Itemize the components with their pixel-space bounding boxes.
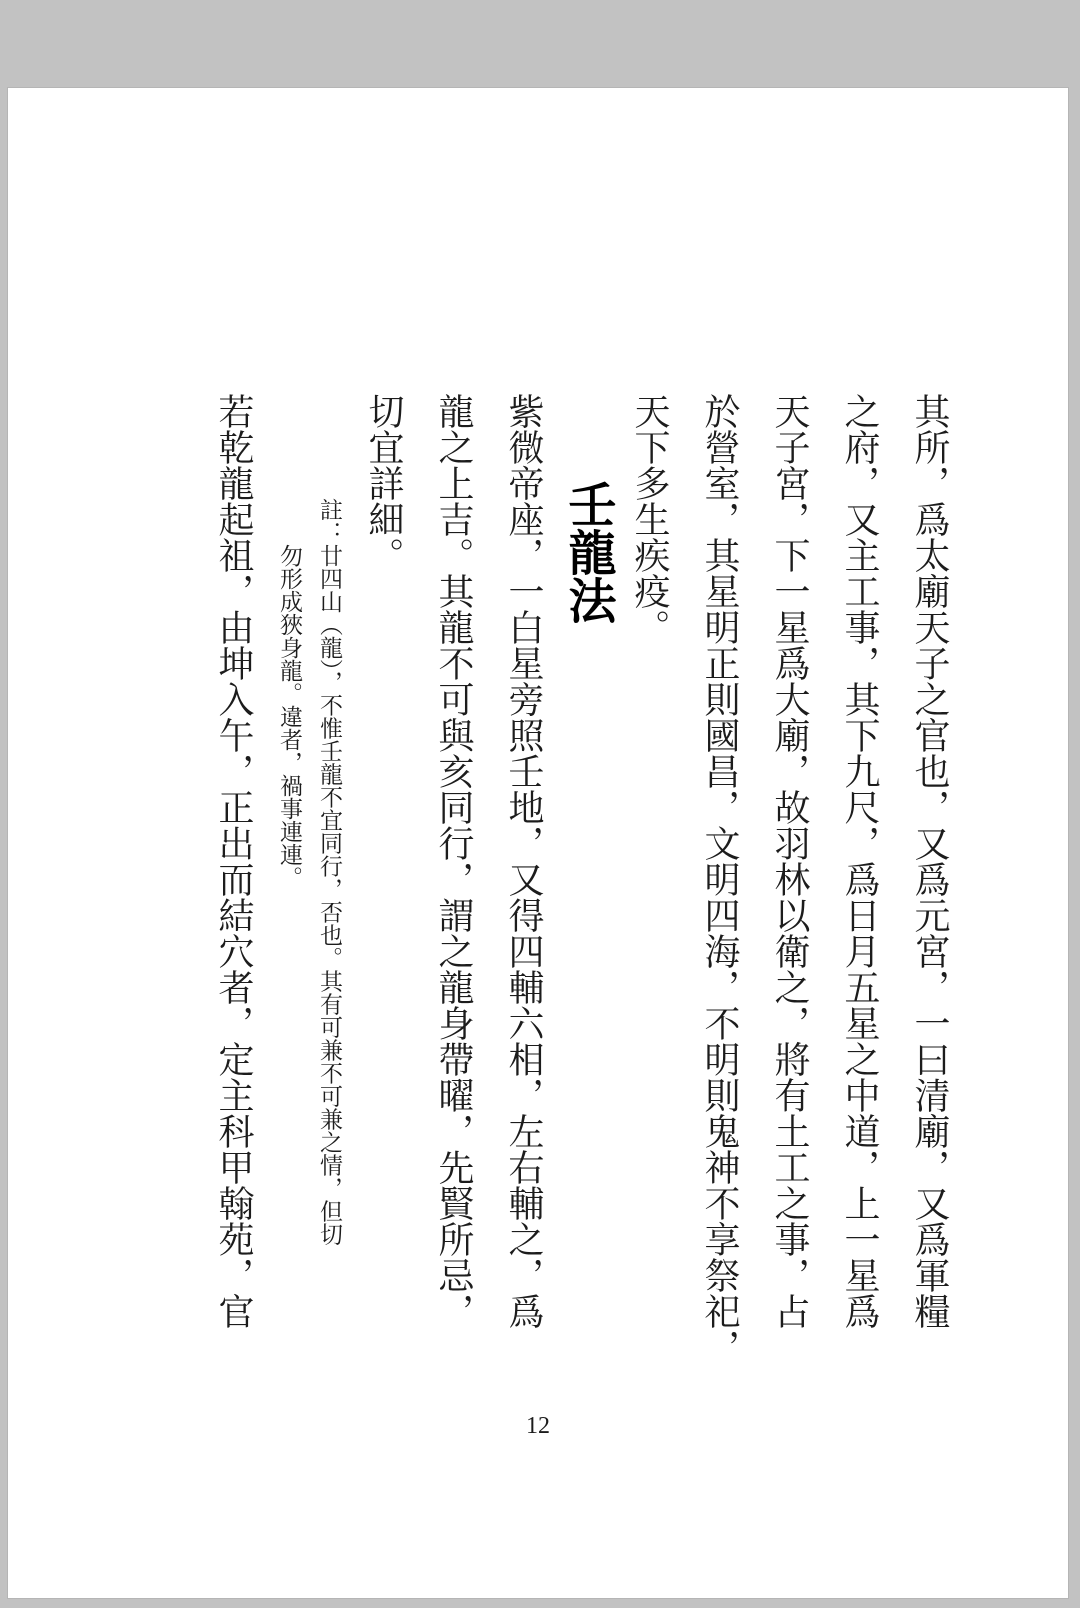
body-column-5: 天下多生疾疫。 (615, 393, 685, 1388)
chapter-heading: 壬龍法 (559, 393, 615, 1388)
page-number: 12 (8, 1413, 1068, 1440)
body-column-9: 若乾龍起祖，由坤入午，正出而結穴者，定主科甲翰苑，官 (199, 393, 269, 1388)
body-column-8: 切宜詳細。 (349, 393, 419, 1388)
body-column-7: 龍之上吉。其龍不可與亥同行，謂之龍身帶曜，先賢所忌， (419, 393, 489, 1388)
body-column-3: 天子宮，下一星爲大廟，故羽林以衛之，將有土工之事，占 (755, 393, 825, 1388)
annotation-block: 註：廿四山（龍），不惟壬龍不宜同行，否也。其有可兼不可兼之情，但切 勿形成狹身龍… (269, 393, 349, 1388)
body-column-6: 紫微帝座，一白星旁照壬地，又得四輔六相，左右輔之，爲 (489, 393, 559, 1388)
vertical-text-block: 其所，爲太廟天子之官也，又爲元宮，一曰清廟，又爲軍糧 之府，又主工事，其下九尺，… (199, 393, 965, 1388)
book-page: 其所，爲太廟天子之官也，又爲元宮，一曰清廟，又爲軍糧 之府，又主工事，其下九尺，… (8, 88, 1068, 1598)
annotation-column-2: 勿形成狹身龍。違者，禍事連連。 (269, 498, 309, 1388)
body-column-4: 於營室，其星明正則國昌，文明四海，不明則鬼神不享祭祀， (685, 393, 755, 1388)
scanned-book-screenshot: { "colors": { "scan_border": "#c2c2c2", … (0, 0, 1080, 1608)
annotation-column-1: 註：廿四山（龍），不惟壬龍不宜同行，否也。其有可兼不可兼之情，但切 (309, 498, 349, 1388)
body-column-1: 其所，爲太廟天子之官也，又爲元宮，一曰清廟，又爲軍糧 (895, 393, 965, 1388)
body-column-2: 之府，又主工事，其下九尺，爲日月五星之中道，上一星爲 (825, 393, 895, 1388)
